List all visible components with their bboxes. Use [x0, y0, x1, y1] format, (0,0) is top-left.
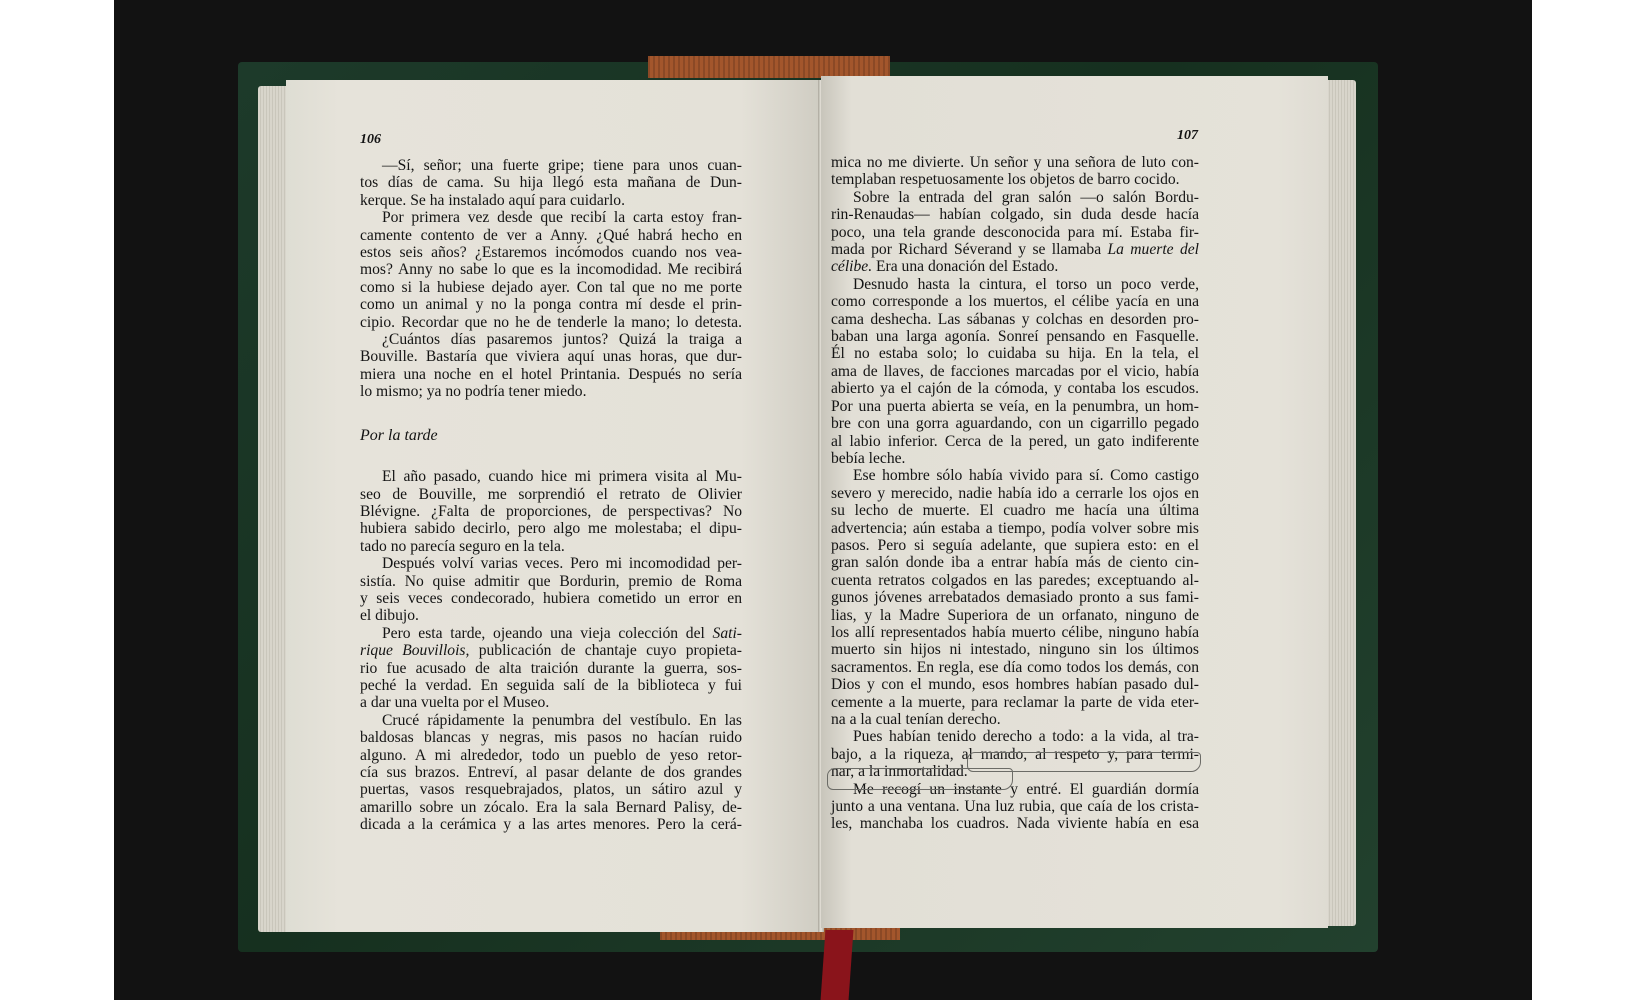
text-line: Blévigne. ¿Falta de proporciones, de per… — [360, 503, 742, 520]
text-line: dicada a la cerámica y a las artes menor… — [360, 816, 742, 833]
text-line: cama deshecha. Las sábanas y colchas en … — [831, 311, 1199, 328]
text-line: cuenta retratos colgados en las paredes;… — [831, 572, 1199, 589]
text-line: bre con una gorra aguardando, con un cig… — [831, 415, 1199, 432]
text-line: Desnudo hasta la cintura, el torso un po… — [831, 276, 1199, 293]
text-line: les, manchaba los cuadros. Nada viviente… — [831, 815, 1199, 832]
text-line: cemente a la muerte, para reclamar la pa… — [831, 694, 1199, 711]
text-line: abierto ya el cajón de la cómoda, y cont… — [831, 380, 1199, 397]
text-line: como un animal y no la ponga contra mí d… — [360, 296, 742, 313]
text-line: muerto sin hijos ni intestado, ninguno s… — [831, 641, 1199, 658]
text-line: Crucé rápidamente la penumbra del vestíb… — [360, 712, 742, 729]
right-page-body: mica no me divierte. Un señor y una seño… — [831, 154, 1199, 833]
text-line: Sobre la entrada del gran salón —o salón… — [831, 189, 1199, 206]
text-line: peché la verdad. En seguida salí de la b… — [360, 677, 742, 694]
text-line: cía sus brazos. Entreví, al pasar delant… — [360, 764, 742, 781]
text-line: severo y merecido, nadie había ido a cer… — [831, 485, 1199, 502]
text-line: ¿Cuántos días pasaremos juntos? Quizá la… — [360, 331, 742, 348]
bookmark-ribbon — [821, 930, 854, 1000]
text-line: nar, a la inmortalidad. — [831, 763, 1199, 780]
text-line: advertencia; aún estaba a tiempo, podía … — [831, 520, 1199, 537]
text-line: sacramentos. En regla, ese día como todo… — [831, 659, 1199, 676]
text-line: Él no estaba solo; lo cuidaba su hija. E… — [831, 345, 1199, 362]
page-edges-right — [1326, 80, 1356, 926]
text-line: na a la cual tenían derecho. — [831, 711, 1199, 728]
text-line: lias, y la Madre Superiora de un orfanat… — [831, 607, 1199, 624]
text-line: poco, una tela grande desconocida para m… — [831, 224, 1199, 241]
text-line: tos días de cama. Su hija llegó esta mañ… — [360, 174, 742, 191]
text-line: junto a una ventana. Una luz rubia, que … — [831, 798, 1199, 815]
text-line: Pues habían tenido derecho a todo: a la … — [831, 728, 1199, 745]
text-line: baban una larga agonía. Sonreí pensando … — [831, 328, 1199, 345]
page-number-right: 107 — [1177, 128, 1198, 144]
text-line: rique Bouvillois, publicación de chantaj… — [360, 642, 742, 659]
text-line: Dios y con el mundo, esos hombres habían… — [831, 676, 1199, 693]
text-line: puertas, vasos resquebrajados, platos, u… — [360, 781, 742, 798]
left-page-body: —Sí, señor; una fuerte gripe; tiene para… — [360, 157, 742, 834]
text-line: mada por Richard Séverand y se llamaba L… — [831, 241, 1199, 258]
text-line: rin-Renaudas— habían colgado, sin duda d… — [831, 206, 1199, 223]
paragraphs-before-heading: —Sí, señor; una fuerte gripe; tiene para… — [360, 157, 742, 401]
text-line: Bouville. Bastaría que viviera aquí unas… — [360, 348, 742, 365]
text-line: mica no me divierte. Un señor y una seño… — [831, 154, 1199, 171]
text-line: el dibujo. — [360, 607, 742, 624]
text-line: baldosas blancas y negras, mis pasos no … — [360, 729, 742, 746]
text-line: como corresponde a los muertos, el célib… — [831, 293, 1199, 310]
text-line: gunos jóvenes arrebatados demasiado pron… — [831, 589, 1199, 606]
left-page: 106 —Sí, señor; una fuerte gripe; tiene … — [286, 80, 821, 932]
paragraphs-after-heading: El año pasado, cuando hice mi primera vi… — [360, 468, 742, 834]
text-line: bebía leche. — [831, 450, 1199, 467]
text-line: rio fue acusado de alta traición durante… — [360, 660, 742, 677]
text-line: alguno. A mi alrededor, todo un pueblo d… — [360, 747, 742, 764]
text-line: El año pasado, cuando hice mi primera vi… — [360, 468, 742, 485]
text-line: estos seis años? ¿Estaremos incómodos cu… — [360, 244, 742, 261]
text-line: y seis veces condecorado, hubiera cometi… — [360, 590, 742, 607]
text-line: templaban respetuosamente los objetos de… — [831, 171, 1199, 188]
text-line: Después volví varias veces. Pero mi inco… — [360, 555, 742, 572]
text-line: miera una noche en el hotel Printania. D… — [360, 366, 742, 383]
text-line: camente contento de ver a Anny. ¿Qué hab… — [360, 227, 742, 244]
text-line: —Sí, señor; una fuerte gripe; tiene para… — [360, 157, 742, 174]
text-line: ama de llaves, de facciones marcadas por… — [831, 363, 1199, 380]
text-line: cipio. Recordar que no he de tenderle la… — [360, 314, 742, 331]
text-line: tado no parecía seguro en la tela. — [360, 538, 742, 555]
page-number-left: 106 — [360, 132, 381, 148]
text-line: seo de Bouville, me sorprendió el retrat… — [360, 486, 742, 503]
text-line: bajo, a la riqueza, al mando, al respeto… — [831, 746, 1199, 763]
headband-top — [648, 56, 890, 78]
text-line: lo mismo; ya no podría tener miedo. — [360, 383, 742, 400]
text-line: gran salón donde iba a entrar había más … — [831, 554, 1199, 571]
text-line: sistía. No quise admitir que Bordurin, p… — [360, 573, 742, 590]
text-line: su lecho de muerte. El cuadro me hacía u… — [831, 502, 1199, 519]
text-line: célibe. Era una donación del Estado. — [831, 258, 1199, 275]
text-line: a dar una vuelta por el Museo. — [360, 694, 742, 711]
text-line: Ese hombre sólo había vivido para sí. Co… — [831, 467, 1199, 484]
page-edges-left — [258, 86, 288, 932]
section-heading: Por la tarde — [360, 427, 742, 444]
text-line: Me recogí un instante y entré. El guardi… — [831, 781, 1199, 798]
text-line: Por una puerta abierta se veía, en la pe… — [831, 398, 1199, 415]
text-line: como si la hubiese dejado ayer. Con tal … — [360, 279, 742, 296]
text-line: mos? Anny no sabe lo que es la incomodid… — [360, 261, 742, 278]
text-line: amarillo sobre un zócalo. Era la sala Be… — [360, 799, 742, 816]
text-line: Por primera vez desde que recibí la cart… — [360, 209, 742, 226]
text-line: pasos. Pero si seguía adelante, que supi… — [831, 537, 1199, 554]
right-page: 107 mica no me divierte. Un señor y una … — [821, 76, 1328, 928]
text-line: hubiera sabido decirlo, pero algo me mol… — [360, 520, 742, 537]
text-line: kerque. Se ha instalado aquí para cuidar… — [360, 192, 742, 209]
text-line: Pero esta tarde, ojeando una vieja colec… — [360, 625, 742, 642]
text-line: los allí representados había muerto céli… — [831, 624, 1199, 641]
text-line: al labio inferior. Cerca de la pered, un… — [831, 433, 1199, 450]
